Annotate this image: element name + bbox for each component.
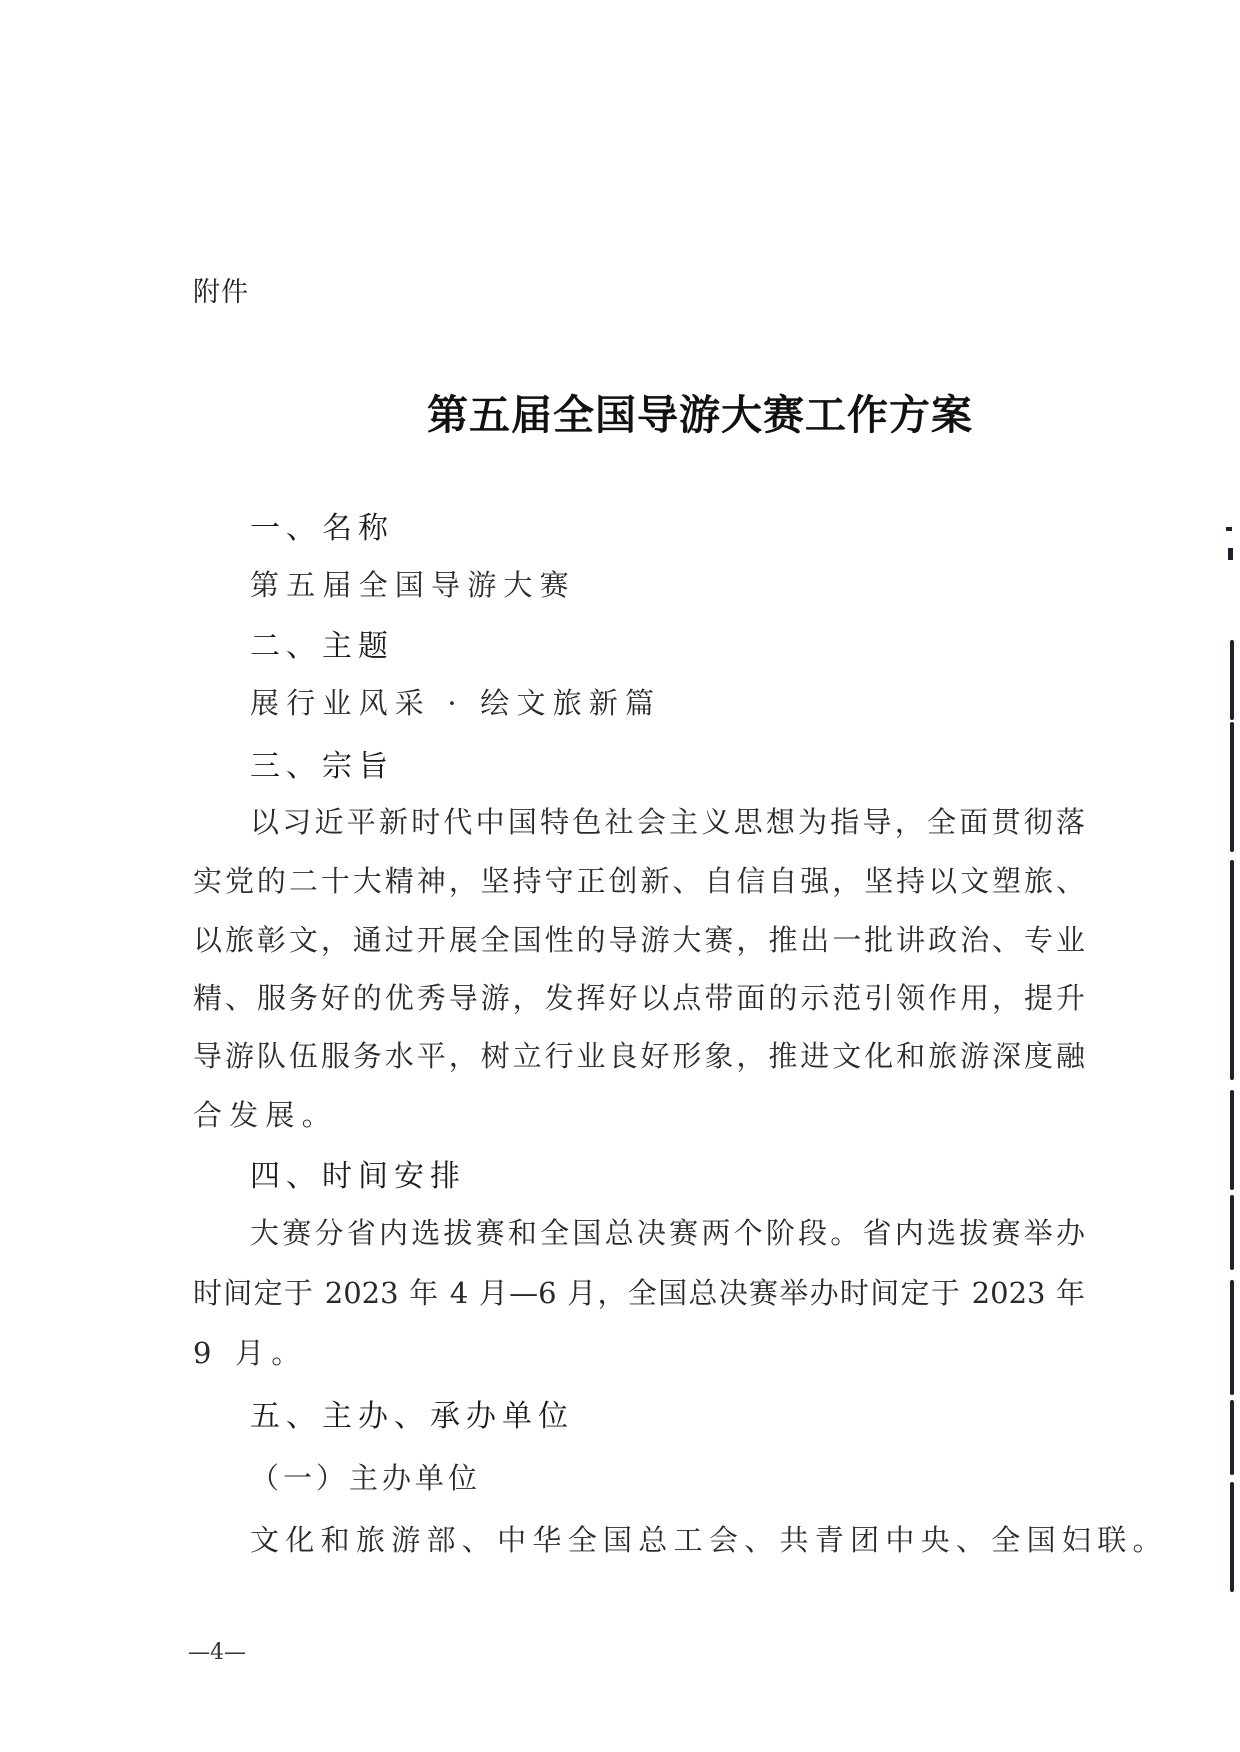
schedule-line-2: 时间定于 2023 年 4 月—6 月，全国总决赛举办时间定于 2023 年 [193, 1271, 1085, 1312]
purpose-line-2: 实党的二十大精神，坚持守正创新、自信自强，坚持以文塑旅、 [193, 859, 1085, 900]
purpose-line-6: 合发展。 [193, 1093, 338, 1134]
section-body-theme: 展行业风采 · 绘文旅新篇 [250, 681, 661, 722]
purpose-line-5: 导游队伍服务水平，树立行业良好形象，推进文化和旅游深度融 [193, 1034, 1085, 1075]
document-title: 第五届全国导游大赛工作方案 [0, 382, 1240, 441]
section-heading-theme: 二、主题 [250, 621, 394, 665]
section-heading-organizers: 五、主办、承办单位 [250, 1391, 574, 1435]
attachment-label: 附件 [193, 270, 249, 309]
section-body-name: 第五届全国导游大赛 [250, 563, 576, 604]
host-units-list: 文化和旅游部、中华全国总工会、共青团中央、全国妇联。 [250, 1518, 1168, 1559]
section-heading-purpose: 三、宗旨 [250, 741, 394, 785]
purpose-line-4: 精、服务好的优秀导游，发挥好以点带面的示范引领作用，提升 [193, 976, 1085, 1017]
schedule-line-1: 大赛分省内选拔赛和全国总决赛两个阶段。省内选拔赛举办 [250, 1211, 1085, 1252]
page-number: —4— [188, 1640, 246, 1665]
subheading-host-units: （一）主办单位 [250, 1456, 481, 1497]
purpose-line-3: 以旅彰文，通过开展全国性的导游大赛，推出一批讲政治、专业 [193, 918, 1085, 959]
schedule-line-3: 9 月。 [193, 1331, 307, 1372]
section-heading-schedule: 四、时间安排 [250, 1151, 466, 1195]
purpose-line-1: 以习近平新时代中国特色社会主义思想为指导，全面贯彻落 [250, 800, 1085, 841]
section-heading-name: 一、名称 [250, 503, 394, 547]
